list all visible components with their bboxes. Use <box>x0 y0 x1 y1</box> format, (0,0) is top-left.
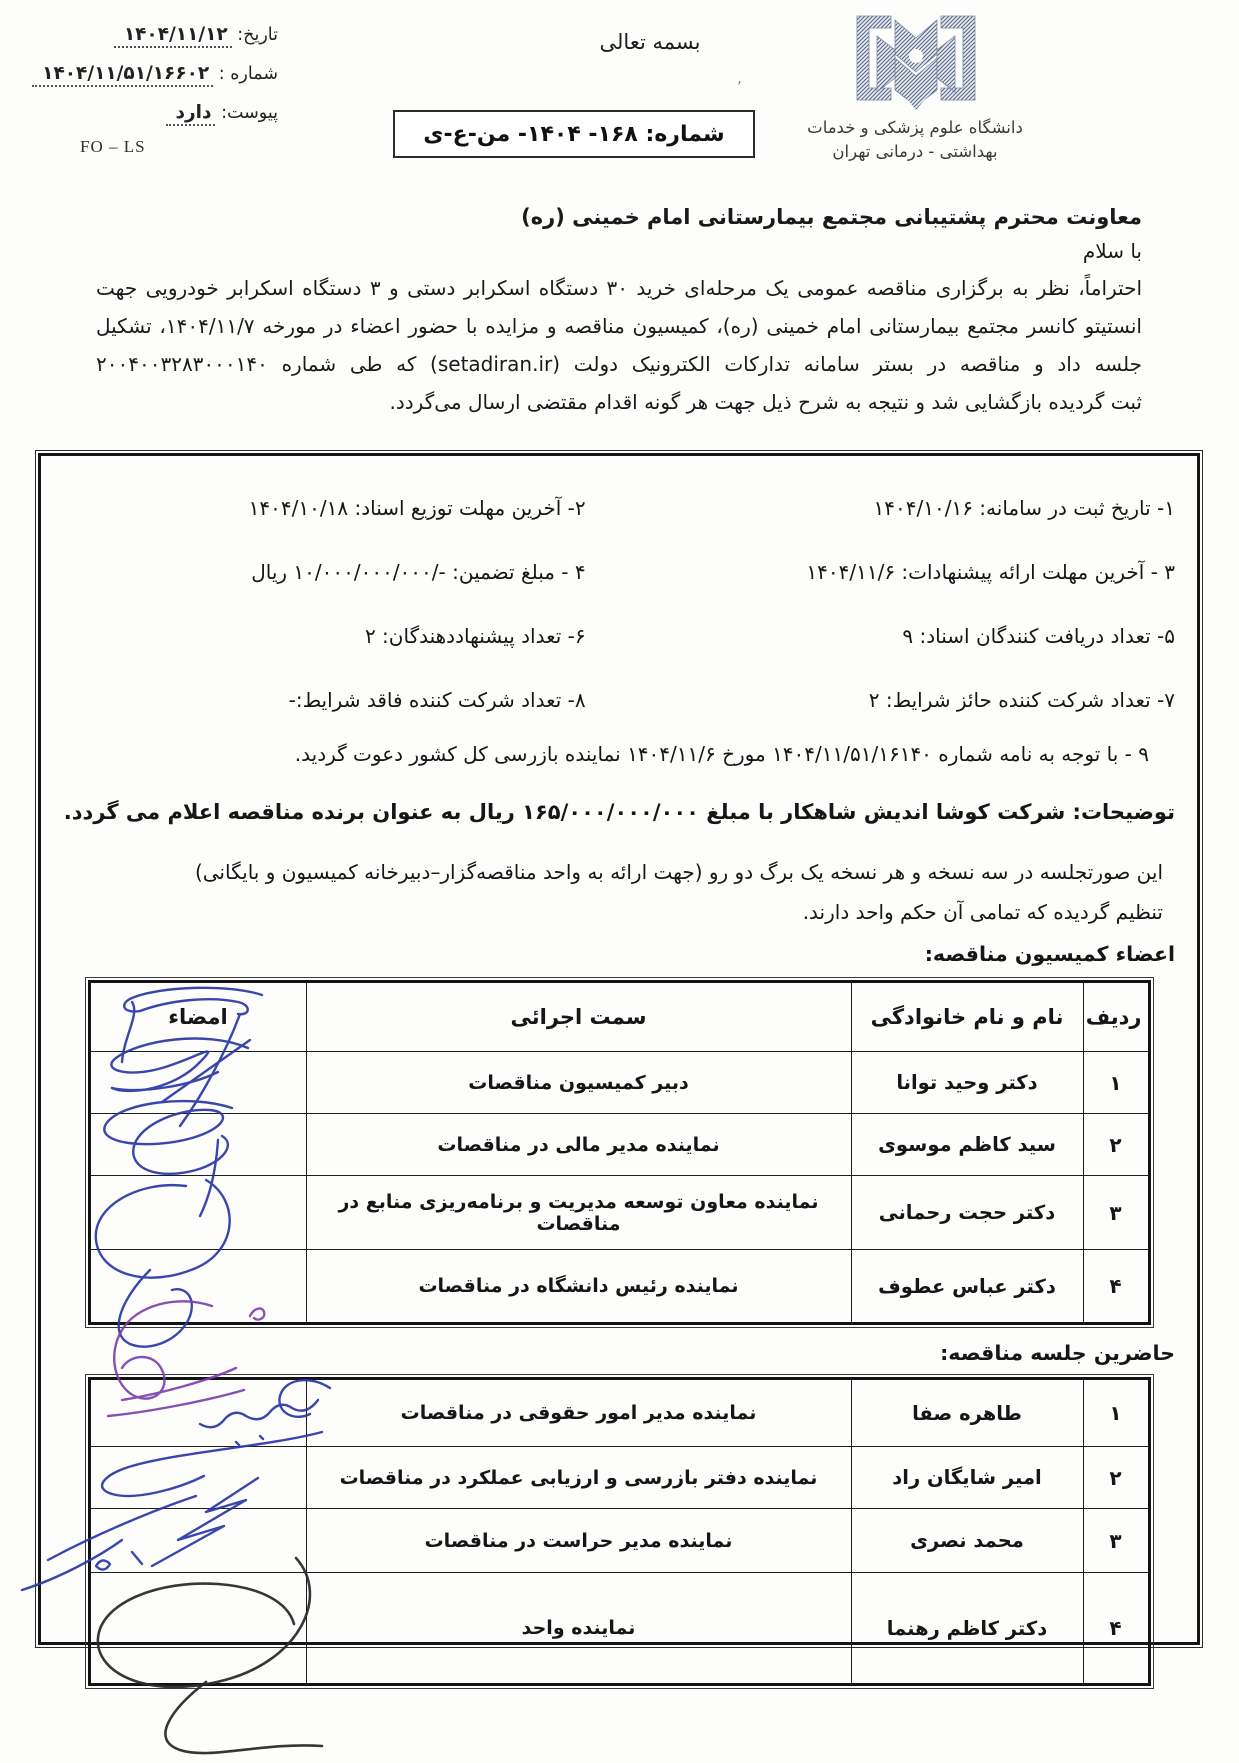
row-signature-cell <box>89 1176 306 1250</box>
row-signature-cell <box>89 1052 306 1114</box>
table-row: ۲ سید کاظم موسوی نماینده مدیر مالی در من… <box>89 1114 1149 1176</box>
date-value: ۱۴۰۴/۱۱/۱۲ <box>114 24 232 48</box>
fact-item-9: ۹ - با توجه به نامه شماره ۱۴۰۴/۱۱/۵۱/۱۶۱… <box>63 732 1175 776</box>
row-name: دکتر عباس عطوف <box>851 1250 1083 1324</box>
university-logo <box>843 10 989 112</box>
fact-item-1: ۱- تاریخ ثبت در سامانه: ۱۴۰۴/۱۰/۱۶ <box>586 476 1175 540</box>
table-row: ۳ محمد نصری نماینده مدیر حراست در مناقصا… <box>89 1509 1149 1573</box>
row-name: دکتر وحید توانا <box>851 1052 1083 1114</box>
tender-facts-grid: ۱- تاریخ ثبت در سامانه: ۱۴۰۴/۱۰/۱۶ ۲- آخ… <box>63 476 1175 732</box>
winner-announcement: توضیحات: شرکت کوشا اندیش شاهکار با مبلغ … <box>63 800 1175 824</box>
row-role: دبیر کمیسیون مناقصات <box>306 1052 851 1114</box>
row-signature-cell <box>89 1509 306 1573</box>
reference-number-box: شماره: ۱۶۸- ۱۴۰۴- من-ع-ی <box>393 110 755 158</box>
table-row: ۲ امیر شایگان راد نماینده دفتر بازرسی و … <box>89 1447 1149 1509</box>
number-row: شماره : ۱۴۰۴/۱۱/۵۱/۱۶۶۰۲ <box>66 59 278 89</box>
row-signature-cell <box>89 1573 306 1685</box>
attachment-label: پیوست: <box>221 103 278 123</box>
date-label: تاریخ: <box>237 25 278 45</box>
letterhead-meta: تاریخ: ۱۴۰۴/۱۱/۱۲ شماره : ۱۴۰۴/۱۱/۵۱/۱۶۶… <box>66 20 278 157</box>
row-signature-cell <box>89 1379 306 1447</box>
row-no: ۱ <box>1083 1052 1149 1114</box>
col-header-role: سمت اجرائی <box>306 982 851 1052</box>
date-row: تاریخ: ۱۴۰۴/۱۱/۱۲ <box>66 20 278 50</box>
closing-line-2: تنظیم گردیده که تمامی آن حکم واحد دارند. <box>63 892 1163 932</box>
letter-body: معاونت محترم پشتیبانی مجتمع بیمارستانی ا… <box>96 205 1142 421</box>
fact-item-2: ۲- آخرین مهلت توزیع اسناد: ۱۴۰۴/۱۰/۱۸ <box>63 476 586 540</box>
row-name: دکتر کاظم رهنما <box>851 1573 1083 1685</box>
row-no: ۳ <box>1083 1509 1149 1573</box>
fact-item-6: ۶- تعداد پیشنهاددهندگان: ۲ <box>63 604 586 668</box>
col-header-name: نام و نام خانوادگی <box>851 982 1083 1052</box>
body-line-3: جلسه داد و مناقصه در بستر سامانه تدارکات… <box>96 345 1142 383</box>
tender-result-frame-inner: ۱- تاریخ ثبت در سامانه: ۱۴۰۴/۱۰/۱۶ ۲- آخ… <box>38 453 1200 1645</box>
row-role: نماینده دفتر بازرسی و ارزیابی عملکرد در … <box>306 1447 851 1509</box>
table-row: ۱ طاهره صفا نماینده مدیر امور حقوقی در م… <box>89 1379 1149 1447</box>
row-no: ۳ <box>1083 1176 1149 1250</box>
salutation: با سلام <box>96 239 1142 263</box>
row-no: ۲ <box>1083 1114 1149 1176</box>
recipient-line: معاونت محترم پشتیبانی مجتمع بیمارستانی ا… <box>96 205 1142 229</box>
closing-paragraph: این صورتجلسه در سه نسخه و هر نسخه یک برگ… <box>63 852 1175 932</box>
col-header-sign: امضاء <box>89 982 306 1052</box>
number-value: ۱۴۰۴/۱۱/۵۱/۱۶۶۰۲ <box>32 63 213 87</box>
row-role: نماینده معاون توسعه مدیریت و برنامه‌ریزی… <box>306 1176 851 1250</box>
number-label: شماره : <box>219 64 278 84</box>
row-no: ۱ <box>1083 1379 1149 1447</box>
fact-item-3: ۳ - آخرین مهلت ارائه پیشنهادات: ۱۴۰۴/۱۱/… <box>586 540 1175 604</box>
attachment-row: پیوست: دارد <box>66 98 278 128</box>
row-signature-cell <box>89 1114 306 1176</box>
university-emblem-icon <box>843 10 989 112</box>
row-no: ۲ <box>1083 1447 1149 1509</box>
commission-table: ردیف نام و نام خانوادگی سمت اجرائی امضاء… <box>88 980 1151 1325</box>
closing-line-1: این صورتجلسه در سه نسخه و هر نسخه یک برگ… <box>63 852 1163 892</box>
row-no: ۴ <box>1083 1573 1149 1685</box>
besmele-text: بسمه تعالی <box>560 30 740 54</box>
table-row: ۴ دکتر عباس عطوف نماینده رئیس دانشگاه در… <box>89 1250 1149 1324</box>
attendees-title: حاضرین جلسه مناقصه: <box>63 1341 1175 1365</box>
attendees-table: ۱ طاهره صفا نماینده مدیر امور حقوقی در م… <box>88 1377 1151 1686</box>
row-name: طاهره صفا <box>851 1379 1083 1447</box>
table-row: ۴ دکتر کاظم رهنما نماینده واحد <box>89 1573 1149 1685</box>
commission-members-title: اعضاء کمیسیون مناقصه: <box>63 942 1175 966</box>
fact-item-4: ۴ - مبلغ تضمین: -/۱۰/۰۰۰/۰۰۰/۰۰۰ ریال <box>63 540 586 604</box>
row-signature-cell <box>89 1250 306 1324</box>
fact-item-8: ۸- تعداد شرکت کننده فاقد شرایط:- <box>63 668 586 732</box>
row-role: نماینده مدیر مالی در مناقصات <box>306 1114 851 1176</box>
row-role: نماینده مدیر امور حقوقی در مناقصات <box>306 1379 851 1447</box>
row-role: نماینده رئیس دانشگاه در مناقصات <box>306 1250 851 1324</box>
fact-item-7: ۷- تعداد شرکت کننده حائز شرایط: ۲ <box>586 668 1175 732</box>
col-header-no: ردیف <box>1083 982 1149 1052</box>
table-row: ۳ دکتر حجت رحمانی نماینده معاون توسعه مد… <box>89 1176 1149 1250</box>
row-role: نماینده مدیر حراست در مناقصات <box>306 1509 851 1573</box>
row-no: ۴ <box>1083 1250 1149 1324</box>
row-role: نماینده واحد <box>306 1573 851 1685</box>
table-row: ۱ دکتر وحید توانا دبیر کمیسیون مناقصات <box>89 1052 1149 1114</box>
attachment-value: دارد <box>166 102 216 126</box>
commission-header-row: ردیف نام و نام خانوادگی سمت اجرائی امضاء <box>89 982 1149 1052</box>
row-name: امیر شایگان راد <box>851 1447 1083 1509</box>
fact-item-5: ۵- تعداد دریافت کنندگان اسناد: ۹ <box>586 604 1175 668</box>
tender-result-frame: ۱- تاریخ ثبت در سامانه: ۱۴۰۴/۱۰/۱۶ ۲- آخ… <box>35 450 1203 1648</box>
organization-name-line2: بهداشتی - درمانی تهران <box>782 140 1048 164</box>
row-signature-cell <box>89 1447 306 1509</box>
body-line-1: احتراماً، نظر به برگزاری مناقصه عمومی یک… <box>96 269 1142 307</box>
scanned-letter-page: { "header": { "date_label": "تاریخ:", "d… <box>0 0 1239 1763</box>
organization-name: دانشگاه علوم پزشکی و خدمات بهداشتی - درم… <box>782 116 1048 164</box>
body-line-2: انستیتو کانسر مجتمع بیمارستانی امام خمین… <box>96 307 1142 345</box>
form-code: FO – LS <box>66 137 278 157</box>
scan-artifact: ٬ <box>737 78 742 96</box>
row-name: سید کاظم موسوی <box>851 1114 1083 1176</box>
row-name: محمد نصری <box>851 1509 1083 1573</box>
body-line-4: ثبت گردیده بازگشایی شد و نتیجه به شرح ذی… <box>96 383 1142 421</box>
organization-name-line1: دانشگاه علوم پزشکی و خدمات <box>782 116 1048 140</box>
row-name: دکتر حجت رحمانی <box>851 1176 1083 1250</box>
